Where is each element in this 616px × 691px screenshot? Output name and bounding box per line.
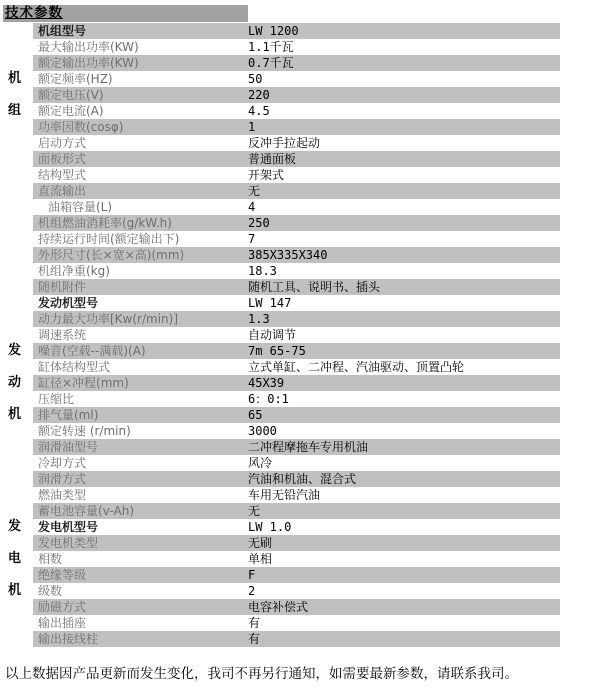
spec-row: 油箱容量(L)4 bbox=[0, 199, 616, 215]
spec-row-cells: 输出接线柱有 bbox=[33, 631, 560, 647]
group-label: 发 bbox=[0, 519, 33, 535]
spec-row-cells: 燃油类型车用无铅汽油 bbox=[33, 487, 560, 503]
spec-row-cells: 缸体结构型式立式单缸、二冲程、汽油驱动、顶置凸轮 bbox=[33, 359, 560, 375]
spec-label: 励磁方式 bbox=[33, 599, 248, 615]
spec-row: 功率因数(cosφ)1 bbox=[0, 119, 616, 135]
spec-value: 6：0:1 bbox=[248, 391, 560, 407]
spec-value: 2 bbox=[248, 583, 560, 599]
group-label bbox=[0, 247, 33, 263]
spec-row: 直流输出无 bbox=[0, 183, 616, 199]
spec-row: 输出接线柱有 bbox=[0, 631, 616, 647]
spec-label: 级数 bbox=[33, 583, 248, 599]
spec-label: 结构型式 bbox=[33, 167, 248, 183]
group-label bbox=[0, 487, 33, 503]
spec-value: 立式单缸、二冲程、汽油驱动、顶置凸轮 bbox=[248, 359, 560, 375]
spec-row-cells: 发动机型号LW 147 bbox=[33, 295, 560, 311]
spec-row-cells: 外形尺寸(长×宽×高)(mm)385X335X340 bbox=[33, 247, 560, 263]
group-label: 机 bbox=[0, 407, 33, 423]
spec-value: 风冷 bbox=[248, 455, 560, 471]
group-label bbox=[0, 615, 33, 631]
spec-row-cells: 随机附件随机工具、说明书、插头 bbox=[33, 279, 560, 295]
group-label bbox=[0, 503, 33, 519]
spec-value: 50 bbox=[248, 71, 560, 87]
spec-label: 缸径×冲程(mm) bbox=[33, 375, 248, 391]
spec-value: 18.3 bbox=[248, 263, 560, 279]
spec-value: 1 bbox=[248, 119, 560, 135]
group-label bbox=[0, 567, 33, 583]
spec-label: 发电机类型 bbox=[33, 535, 248, 551]
spec-label: 额定频率(HZ) bbox=[33, 71, 248, 87]
spec-row-cells: 蓄电池容量(v-Ah)无 bbox=[33, 503, 560, 519]
spec-label: 缸体结构型式 bbox=[33, 359, 248, 375]
spec-row: 电相数单相 bbox=[0, 551, 616, 567]
spec-row-cells: 额定电压(V)220 bbox=[33, 87, 560, 103]
group-label bbox=[0, 279, 33, 295]
spec-row-cells: 绝缘等级F bbox=[33, 567, 560, 583]
spec-label: 外形尺寸(长×宽×高)(mm) bbox=[33, 247, 248, 263]
spec-row: 外形尺寸(长×宽×高)(mm)385X335X340 bbox=[0, 247, 616, 263]
spec-row: 额定转速 (r/min)3000 bbox=[0, 423, 616, 439]
spec-row: 额定电压(V)220 bbox=[0, 87, 616, 103]
group-label bbox=[0, 199, 33, 215]
spec-row-cells: 润滑方式汽油和机油、混合式 bbox=[33, 471, 560, 487]
spec-value: 220 bbox=[248, 87, 560, 103]
spec-row: 压缩比6：0:1 bbox=[0, 391, 616, 407]
spec-label: 输出插座 bbox=[33, 615, 248, 631]
spec-value: 自动调节 bbox=[248, 327, 560, 343]
spec-value: 开架式 bbox=[248, 167, 560, 183]
spec-label: 额定电压(V) bbox=[33, 87, 248, 103]
group-label: 动 bbox=[0, 375, 33, 391]
spec-label: 润滑方式 bbox=[33, 471, 248, 487]
spec-row-cells: 级数2 bbox=[33, 583, 560, 599]
group-label bbox=[0, 311, 33, 327]
group-label bbox=[0, 391, 33, 407]
spec-row: 缸体结构型式立式单缸、二冲程、汽油驱动、顶置凸轮 bbox=[0, 359, 616, 375]
spec-row: 额定输出功率(KW)0.7千瓦 bbox=[0, 55, 616, 71]
spec-value: 250 bbox=[248, 215, 560, 231]
spec-label: 绝缘等级 bbox=[33, 567, 248, 583]
group-label bbox=[0, 87, 33, 103]
group-label bbox=[0, 263, 33, 279]
spec-label: 持续运行时间(额定输出下) bbox=[33, 231, 248, 247]
spec-row: 最大输出功率(KW)1.1千瓦 bbox=[0, 39, 616, 55]
group-label bbox=[0, 39, 33, 55]
spec-label: 直流输出 bbox=[33, 183, 248, 199]
spec-row-cells: 结构型式开架式 bbox=[33, 167, 560, 183]
spec-row: 持续运行时间(额定输出下)7 bbox=[0, 231, 616, 247]
spec-row-cells: 噪音(空载--满载)(A)7m 65-75 bbox=[33, 343, 560, 359]
spec-row: 机组燃油消耗率(g/kW.h)250 bbox=[0, 215, 616, 231]
spec-row-cells: 励磁方式电容补偿式 bbox=[33, 599, 560, 615]
spec-row: 动力最大功率[Kw(r/min)]1.3 bbox=[0, 311, 616, 327]
spec-label: 额定输出功率(KW) bbox=[33, 55, 248, 71]
spec-value: 二冲程摩拖车专用机油 bbox=[248, 439, 560, 455]
spec-row-cells: 润滑油型号二冲程摩拖车专用机油 bbox=[33, 439, 560, 455]
spec-row: 机组型号LW 1200 bbox=[0, 23, 616, 39]
spec-value: 有 bbox=[248, 615, 560, 631]
spec-value: 1.1千瓦 bbox=[248, 39, 560, 55]
spec-row: 润滑油型号二冲程摩拖车专用机油 bbox=[0, 439, 616, 455]
group-label: 电 bbox=[0, 551, 33, 567]
spec-table: 机组型号LW 1200最大输出功率(KW)1.1千瓦额定输出功率(KW)0.7千… bbox=[0, 23, 616, 647]
spec-label: 启动方式 bbox=[33, 135, 248, 151]
spec-row: 燃油类型车用无铅汽油 bbox=[0, 487, 616, 503]
spec-label: 最大输出功率(KW) bbox=[33, 39, 248, 55]
spec-label: 噪音(空载--满载)(A) bbox=[33, 343, 248, 359]
spec-label: 排气量(ml) bbox=[33, 407, 248, 423]
spec-value: 0.7千瓦 bbox=[248, 55, 560, 71]
group-label bbox=[0, 455, 33, 471]
spec-value: 1.3 bbox=[248, 311, 560, 327]
spec-row: 随机附件随机工具、说明书、插头 bbox=[0, 279, 616, 295]
group-label: 机 bbox=[0, 71, 33, 87]
spec-row: 机排气量(ml)65 bbox=[0, 407, 616, 423]
spec-label: 油箱容量(L) bbox=[33, 199, 248, 215]
spec-label: 功率因数(cosφ) bbox=[33, 119, 248, 135]
spec-row: 蓄电池容量(v-Ah)无 bbox=[0, 503, 616, 519]
spec-row-cells: 相数单相 bbox=[33, 551, 560, 567]
spec-value: 4 bbox=[248, 199, 560, 215]
spec-value: LW 1200 bbox=[248, 23, 560, 39]
spec-row-cells: 功率因数(cosφ)1 bbox=[33, 119, 560, 135]
spec-value: F bbox=[248, 567, 560, 583]
group-label bbox=[0, 215, 33, 231]
spec-value: 普通面板 bbox=[248, 151, 560, 167]
spec-value: 有 bbox=[248, 631, 560, 647]
spec-row-cells: 额定频率(HZ)50 bbox=[33, 71, 560, 87]
spec-row-cells: 最大输出功率(KW)1.1千瓦 bbox=[33, 39, 560, 55]
spec-row-cells: 缸径×冲程(mm)45X39 bbox=[33, 375, 560, 391]
spec-label: 蓄电池容量(v-Ah) bbox=[33, 503, 248, 519]
spec-row-cells: 冷却方式风冷 bbox=[33, 455, 560, 471]
spec-row: 启动方式反冲手拉起动 bbox=[0, 135, 616, 151]
spec-row: 机级数2 bbox=[0, 583, 616, 599]
spec-row-cells: 排气量(ml)65 bbox=[33, 407, 560, 423]
spec-row-cells: 压缩比6：0:1 bbox=[33, 391, 560, 407]
group-label bbox=[0, 439, 33, 455]
spec-row-cells: 面板形式普通面板 bbox=[33, 151, 560, 167]
spec-row: 面板形式普通面板 bbox=[0, 151, 616, 167]
group-label bbox=[0, 535, 33, 551]
spec-label: 发动机型号 bbox=[33, 295, 248, 311]
spec-label: 相数 bbox=[33, 551, 248, 567]
spec-row: 结构型式开架式 bbox=[0, 167, 616, 183]
group-label bbox=[0, 23, 33, 39]
spec-row: 发噪音(空载--满载)(A)7m 65-75 bbox=[0, 343, 616, 359]
spec-label: 额定转速 (r/min) bbox=[33, 423, 248, 439]
spec-row-cells: 额定输出功率(KW)0.7千瓦 bbox=[33, 55, 560, 71]
spec-row: 励磁方式电容补偿式 bbox=[0, 599, 616, 615]
spec-label: 调速系统 bbox=[33, 327, 248, 343]
spec-value: 随机工具、说明书、插头 bbox=[248, 279, 560, 295]
spec-row: 组额定电流(A)4.5 bbox=[0, 103, 616, 119]
spec-row: 润滑方式汽油和机油、混合式 bbox=[0, 471, 616, 487]
spec-label: 冷却方式 bbox=[33, 455, 248, 471]
spec-label: 动力最大功率[Kw(r/min)] bbox=[33, 311, 248, 327]
spec-value: 车用无铅汽油 bbox=[248, 487, 560, 503]
spec-value: 7m 65-75 bbox=[248, 343, 560, 359]
group-label bbox=[0, 167, 33, 183]
group-label bbox=[0, 599, 33, 615]
disclaimer-note: 以上数据因产品更新而发生变化，我司不再另行通知，如需要最新参数，请联系我司。 bbox=[5, 662, 615, 682]
group-label bbox=[0, 151, 33, 167]
spec-value: 汽油和机油、混合式 bbox=[248, 471, 560, 487]
group-label bbox=[0, 423, 33, 439]
spec-row-cells: 动力最大功率[Kw(r/min)]1.3 bbox=[33, 311, 560, 327]
spec-label: 压缩比 bbox=[33, 391, 248, 407]
spec-label: 随机附件 bbox=[33, 279, 248, 295]
spec-row-cells: 启动方式反冲手拉起动 bbox=[33, 135, 560, 151]
spec-value: 无刷 bbox=[248, 535, 560, 551]
spec-label: 机组燃油消耗率(g/kW.h) bbox=[33, 215, 248, 231]
spec-value: 7 bbox=[248, 231, 560, 247]
spec-row: 动缸径×冲程(mm)45X39 bbox=[0, 375, 616, 391]
group-label: 发 bbox=[0, 343, 33, 359]
group-label bbox=[0, 135, 33, 151]
group-label bbox=[0, 631, 33, 647]
spec-row: 发发电机型号LW 1.0 bbox=[0, 519, 616, 535]
spec-value: 无 bbox=[248, 183, 560, 199]
group-label bbox=[0, 327, 33, 343]
group-label bbox=[0, 471, 33, 487]
spec-row: 绝缘等级F bbox=[0, 567, 616, 583]
spec-label: 机组净重(kg) bbox=[33, 263, 248, 279]
spec-value: 单相 bbox=[248, 551, 560, 567]
spec-row-cells: 发电机类型无刷 bbox=[33, 535, 560, 551]
group-label: 机 bbox=[0, 583, 33, 599]
spec-row: 冷却方式风冷 bbox=[0, 455, 616, 471]
spec-row-cells: 持续运行时间(额定输出下)7 bbox=[33, 231, 560, 247]
spec-value: LW 1.0 bbox=[248, 519, 560, 535]
spec-row-cells: 机组燃油消耗率(g/kW.h)250 bbox=[33, 215, 560, 231]
spec-label: 额定电流(A) bbox=[33, 103, 248, 119]
spec-value: 电容补偿式 bbox=[248, 599, 560, 615]
spec-value: 65 bbox=[248, 407, 560, 423]
spec-value: 45X39 bbox=[248, 375, 560, 391]
section-header: 技术参数 bbox=[3, 5, 248, 22]
spec-row: 发动机型号LW 147 bbox=[0, 295, 616, 311]
spec-label: 燃油类型 bbox=[33, 487, 248, 503]
spec-value: 反冲手拉起动 bbox=[248, 135, 560, 151]
page-title: 技术参数 bbox=[3, 5, 63, 21]
spec-value: LW 147 bbox=[248, 295, 560, 311]
spec-row-cells: 机组净重(kg)18.3 bbox=[33, 263, 560, 279]
spec-row-cells: 额定转速 (r/min)3000 bbox=[33, 423, 560, 439]
spec-value: 3000 bbox=[248, 423, 560, 439]
spec-row-cells: 调速系统自动调节 bbox=[33, 327, 560, 343]
spec-value: 无 bbox=[248, 503, 560, 519]
spec-row: 调速系统自动调节 bbox=[0, 327, 616, 343]
group-label bbox=[0, 183, 33, 199]
group-label bbox=[0, 231, 33, 247]
spec-row-cells: 额定电流(A)4.5 bbox=[33, 103, 560, 119]
spec-label: 润滑油型号 bbox=[33, 439, 248, 455]
spec-page: 技术参数 机组型号LW 1200最大输出功率(KW)1.1千瓦额定输出功率(KW… bbox=[0, 0, 616, 691]
spec-label: 机组型号 bbox=[33, 23, 248, 39]
spec-value: 4.5 bbox=[248, 103, 560, 119]
spec-row: 机组净重(kg)18.3 bbox=[0, 263, 616, 279]
spec-row-cells: 直流输出无 bbox=[33, 183, 560, 199]
group-label bbox=[0, 295, 33, 311]
group-label bbox=[0, 55, 33, 71]
group-label bbox=[0, 359, 33, 375]
spec-row-cells: 机组型号LW 1200 bbox=[33, 23, 560, 39]
spec-label: 发电机型号 bbox=[33, 519, 248, 535]
spec-value: 385X335X340 bbox=[248, 247, 560, 263]
spec-row: 发电机类型无刷 bbox=[0, 535, 616, 551]
spec-row: 输出插座有 bbox=[0, 615, 616, 631]
spec-row: 机额定频率(HZ)50 bbox=[0, 71, 616, 87]
spec-row-cells: 输出插座有 bbox=[33, 615, 560, 631]
group-label bbox=[0, 119, 33, 135]
spec-row-cells: 发电机型号LW 1.0 bbox=[33, 519, 560, 535]
group-label: 组 bbox=[0, 103, 33, 119]
spec-label: 输出接线柱 bbox=[33, 631, 248, 647]
spec-row-cells: 油箱容量(L)4 bbox=[33, 199, 560, 215]
spec-label: 面板形式 bbox=[33, 151, 248, 167]
